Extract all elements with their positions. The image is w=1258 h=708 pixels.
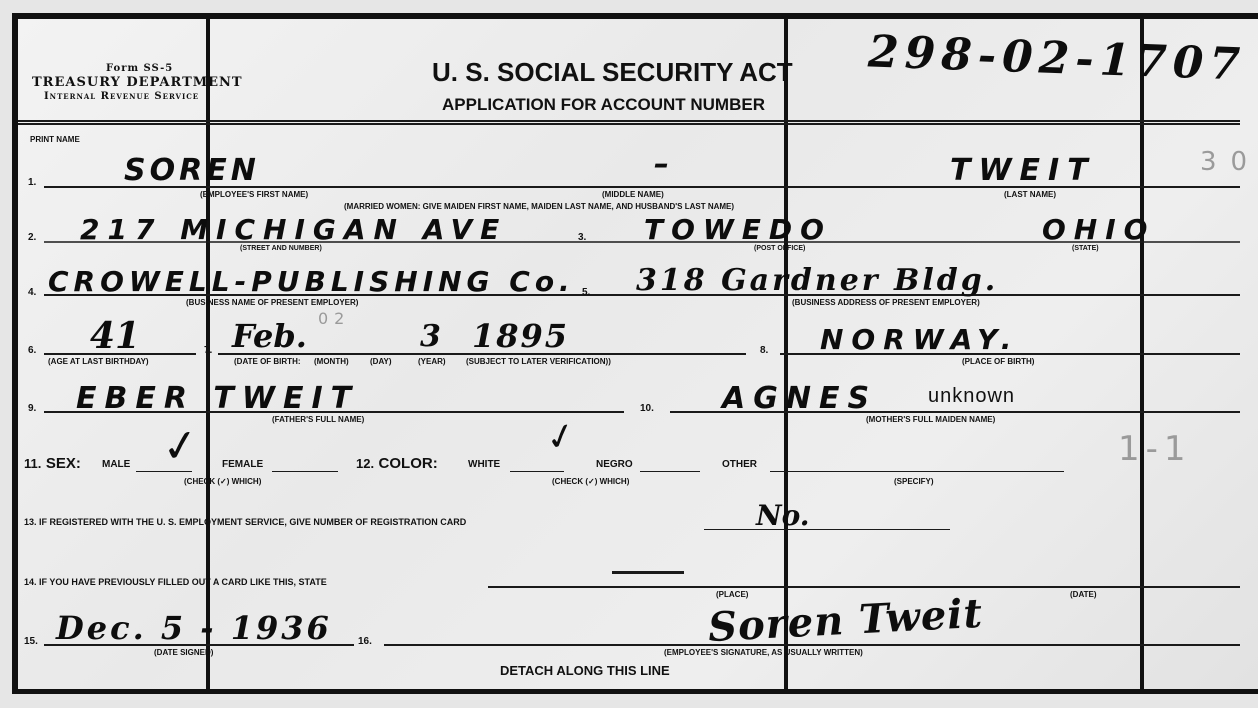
field-number: 3. [578,232,586,243]
color-white-label: WHITE [468,459,500,470]
account-number: 298-02-1707 [867,26,1247,90]
print-name-label: PRINT NAME [30,135,80,144]
place-caption: (PLACE) [716,590,748,599]
field-number: 12. [356,456,374,471]
married-women-note: (MARRIED WOMEN: GIVE MAIDEN FIRST NAME, … [344,202,734,211]
header-divider [18,120,1240,125]
color-negro-label: NEGRO [596,459,633,470]
age-caption: (AGE AT LAST BIRTHDAY) [48,357,149,366]
signature-value: Soren Tweit [707,590,984,651]
dob-day-caption: (DAY) [370,357,391,366]
color-label: COLOR: [379,455,438,472]
color-white-checkmark[interactable]: ✓ [541,414,580,461]
mother-name-caption: (MOTHER'S FULL MAIDEN NAME) [866,415,995,424]
field-number: 15. [24,636,38,647]
date-signed-caption: (DATE SIGNED) [154,648,213,657]
birthplace-caption: (PLACE OF BIRTH) [962,357,1034,366]
previous-card-blank[interactable] [488,586,1240,588]
street-caption: (STREET AND NUMBER) [240,245,322,252]
employer-address-caption: (BUSINESS ADDRESS OF PRESENT EMPLOYER) [792,298,980,307]
field-number: 6. [28,345,36,356]
sex-label: SEX: [46,455,81,472]
birthplace-value: NORWAY. [820,323,1019,356]
previous-card-label: 14. IF YOU HAVE PREVIOUSLY FILLED OUT A … [24,577,327,587]
service: Internal Revenue Service [44,91,199,102]
detach-line-text: DETACH ALONG THIS LINE [500,663,670,678]
registration-label: 13. IF REGISTERED WITH THE U. S. EMPLOYM… [24,517,466,527]
field-number: 1. [28,177,36,188]
post-office-caption: (POST OFFICE) [754,245,805,252]
field-number: 2. [28,232,36,243]
signature-caption: (EMPLOYEE'S SIGNATURE, AS USUALLY WRITTE… [664,648,863,657]
birth-year-value: 1895 [472,317,569,355]
first-name-caption: (EMPLOYEE'S FIRST NAME) [200,190,308,199]
color-check-caption: (CHECK (✓) WHICH) [552,477,629,486]
field-number: 7. [204,345,212,356]
mother-name-note: unknown [928,385,1015,408]
dob-month-caption: (MONTH) [314,357,349,366]
registration-value: No. [756,499,810,532]
birth-month-note: 02 [318,309,350,328]
field-number: 13. [24,517,37,527]
field-number: 11. [24,456,41,471]
birth-day-value: 3 [420,319,441,354]
first-name-value: SOREN [124,153,260,188]
field-number: 4. [28,287,36,298]
field-number: 10. [640,403,654,414]
previous-card-label-text: IF YOU HAVE PREVIOUSLY FILLED OUT A CARD… [39,577,327,587]
color-specify-caption: (SPECIFY) [894,477,934,486]
age-value: 41 [90,315,140,357]
color-other-blank[interactable] [770,471,1064,472]
color-white-blank[interactable] [510,471,564,472]
field-number: 9. [28,403,36,414]
state-caption: (STATE) [1072,245,1099,252]
registration-blank[interactable] [704,529,950,530]
sex-check-caption: (CHECK (✓) WHICH) [184,477,261,486]
birth-month-value: Feb. [232,317,307,355]
street-value: 217 MICHIGAN AVE [80,213,507,246]
date-signed-value: Dec. 5 - 1936 [56,609,332,647]
registration-label-text: IF REGISTERED WITH THE U. S. EMPLOYMENT … [39,517,466,527]
post-office-value: TOWEDO [644,213,832,246]
department: TREASURY DEPARTMENT [32,75,243,90]
field-number: 8. [760,345,768,356]
sex-male-checkmark[interactable]: ✓ [159,419,203,475]
sex-female-blank[interactable] [272,471,338,472]
last-name-value: TWEIT [950,153,1096,188]
mother-name-value: AGNES [722,381,877,416]
dob-caption: (DATE OF BIRTH: [234,357,301,366]
state-value: OHIO [1042,213,1155,246]
last-name-caption: (LAST NAME) [1004,190,1056,199]
sex-male-label: MALE [102,459,130,470]
form-number: Form SS-5 [106,63,173,74]
margin-note: 30 [1200,147,1258,177]
father-name-value: EBER TWEIT [76,381,359,416]
field-number: 5. [582,287,590,298]
margin-note: 1-1 [1118,429,1192,469]
field-number: 14. [24,577,37,587]
color-field: 12. COLOR: [356,455,438,473]
form-title: U. S. SOCIAL SECURITY ACT [432,57,793,88]
dob-verification-caption: (SUBJECT TO LATER VERIFICATION)) [466,357,611,366]
dob-year-caption: (YEAR) [418,357,446,366]
ss5-application-card: Form SS-5 TREASURY DEPARTMENT Internal R… [12,13,1258,694]
sex-female-label: FEMALE [222,459,263,470]
form-subtitle: APPLICATION FOR ACCOUNT NUMBER [442,95,765,115]
previous-card-dash [612,571,684,574]
employer-name-caption: (BUSINESS NAME OF PRESENT EMPLOYER) [186,298,358,307]
father-name-caption: (FATHER'S FULL NAME) [272,415,364,424]
employer-address-value: 318 Gardner Bldg. [636,263,998,298]
color-other-label: OTHER [722,459,757,470]
middle-name-caption: (MIDDLE NAME) [602,190,664,199]
sex-field: 11. SEX: [24,455,81,473]
field-number: 16. [358,636,372,647]
middle-name-value: – [654,147,677,182]
date-caption: (DATE) [1070,590,1097,599]
employer-name-value: CROWELL-PUBLISHING Co. [48,265,575,298]
color-negro-blank[interactable] [640,471,700,472]
